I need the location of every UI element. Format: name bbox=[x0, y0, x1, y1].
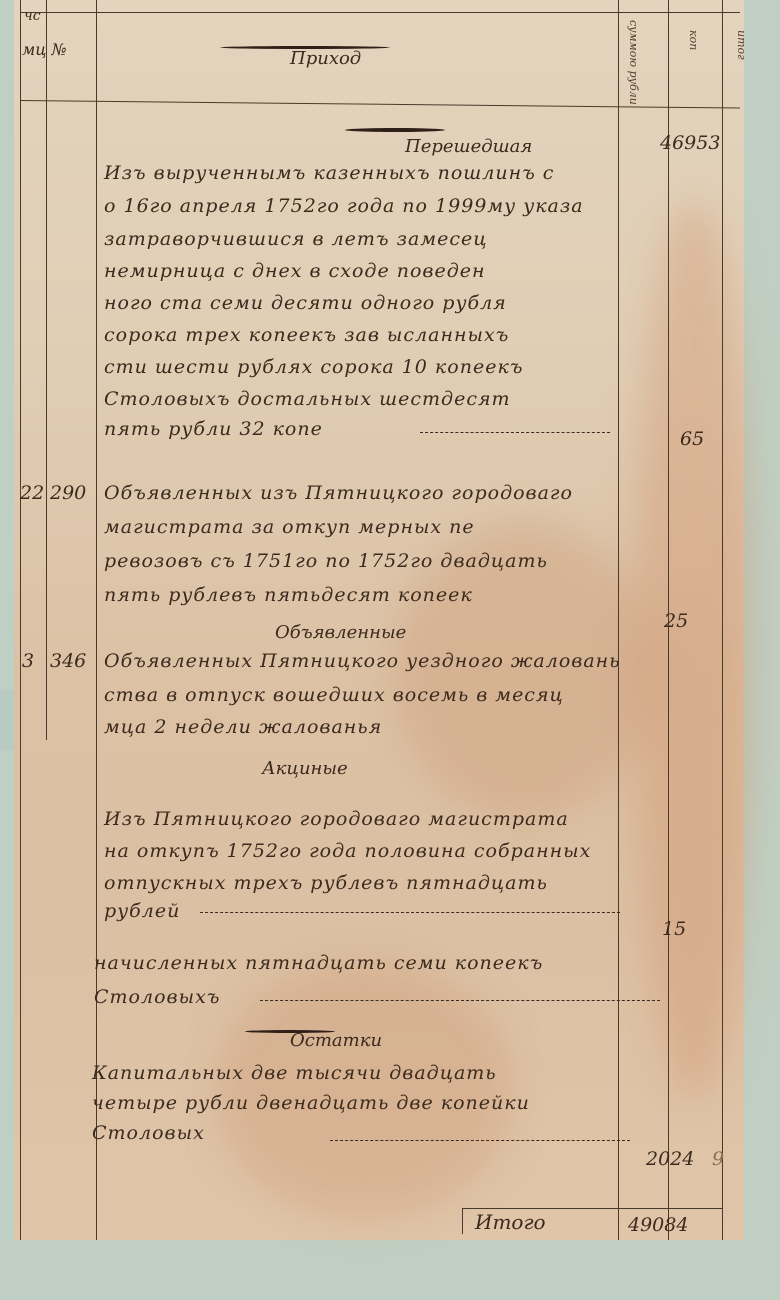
entry-line: ства в отпуск вошедших восемь в месяц bbox=[104, 684, 564, 706]
rule-line bbox=[96, 0, 97, 1240]
fill-dash bbox=[330, 1140, 630, 1141]
header-kopeks-label: коп bbox=[687, 30, 700, 50]
entry-line: Объявленных Пятницкого уездного жаловань bbox=[104, 650, 621, 672]
section-heading: Акциные bbox=[262, 758, 348, 779]
rule-line bbox=[20, 12, 740, 13]
entry-line: ного ста семи десяти одного рубля bbox=[104, 292, 507, 314]
section-heading: Перешедшая bbox=[405, 136, 532, 157]
rule-line bbox=[46, 0, 47, 740]
right-amount: 2024 bbox=[646, 1148, 694, 1170]
section-heading: Остатки bbox=[290, 1030, 382, 1051]
header-rubles-label: суммою рубли bbox=[627, 20, 640, 105]
entry-line: сорока трех копеекъ зав ысланныхъ bbox=[104, 324, 509, 346]
right-amount: 65 bbox=[680, 428, 704, 450]
fill-dash bbox=[200, 912, 620, 913]
entry-line: о 16го апреля 1752го года по 1999му указ… bbox=[104, 195, 584, 217]
stain bbox=[634, 200, 754, 1100]
total-rule bbox=[462, 1208, 722, 1209]
entry-line: немирница с днех в сходе поведен bbox=[104, 260, 486, 282]
entry-line: Изъ Пятницкого городоваго магистрата bbox=[104, 808, 569, 830]
entry-line: Изъ вырученнымъ казенныхъ пошлинъ с bbox=[104, 162, 554, 184]
total-amount: 49084 bbox=[628, 1214, 688, 1236]
entry-line: мца 2 недели жалованья bbox=[104, 716, 382, 738]
fill-dash bbox=[260, 1000, 660, 1001]
document-sheet bbox=[14, 0, 744, 1240]
right-kopeks: 9 bbox=[712, 1148, 724, 1170]
fill-dash bbox=[420, 432, 610, 433]
entry-line: магистрата за откуп мерных пе bbox=[104, 516, 475, 538]
entry-line: четыре рубли двенадцать две копейки bbox=[92, 1092, 530, 1114]
entry-line: на откупъ 1752го года половина собранных bbox=[104, 840, 591, 862]
header-extra-label: итог bbox=[735, 30, 748, 60]
entry-line: начисленных пятнадцать семи копеекъ bbox=[94, 952, 543, 974]
section-amount: 46953 bbox=[660, 132, 720, 154]
header-month-no-label: мц № bbox=[22, 40, 67, 59]
total-label: Итого bbox=[475, 1210, 546, 1234]
entry-line: Столовыхъ bbox=[94, 986, 220, 1008]
section-heading: Объявленные bbox=[275, 622, 406, 643]
header-title: Приход bbox=[290, 48, 361, 69]
entry-line: затраворчившися в летъ замесец bbox=[104, 228, 487, 250]
entry-number: 346 bbox=[50, 650, 86, 672]
heading-flourish bbox=[345, 128, 445, 132]
entry-line: ревозовъ съ 1751го по 1752го двадцать bbox=[104, 550, 548, 572]
entry-line: Объявленных изъ Пятницкого городоваго bbox=[104, 482, 573, 504]
entry-line: отпускных трехъ рублевъ пятнадцать bbox=[104, 872, 548, 894]
header-day-label: чс bbox=[24, 8, 41, 24]
stain bbox=[214, 960, 514, 1220]
total-bracket bbox=[462, 1208, 463, 1234]
rule-line bbox=[20, 0, 21, 1240]
entry-number: 290 bbox=[50, 482, 86, 504]
entry-line: рублей bbox=[104, 900, 180, 922]
rule-line bbox=[618, 0, 619, 1240]
entry-line: сти шести рублях сорока 10 копеекъ bbox=[104, 356, 523, 378]
right-amount: 25 bbox=[664, 610, 688, 632]
rule-line bbox=[722, 0, 723, 1240]
right-amount: 15 bbox=[662, 918, 686, 940]
entry-day: 22 bbox=[20, 482, 44, 504]
entry-line: Столовыхъ достальных шестдесят bbox=[104, 388, 511, 410]
entry-line: Столовых bbox=[92, 1122, 205, 1144]
entry-day: 3 bbox=[22, 650, 34, 672]
entry-line: Капитальных две тысячи двадцать bbox=[92, 1062, 497, 1084]
entry-line: пять рублевъ пятьдесят копеек bbox=[104, 584, 473, 606]
entry-line: пять рубли 32 копе bbox=[104, 418, 323, 440]
